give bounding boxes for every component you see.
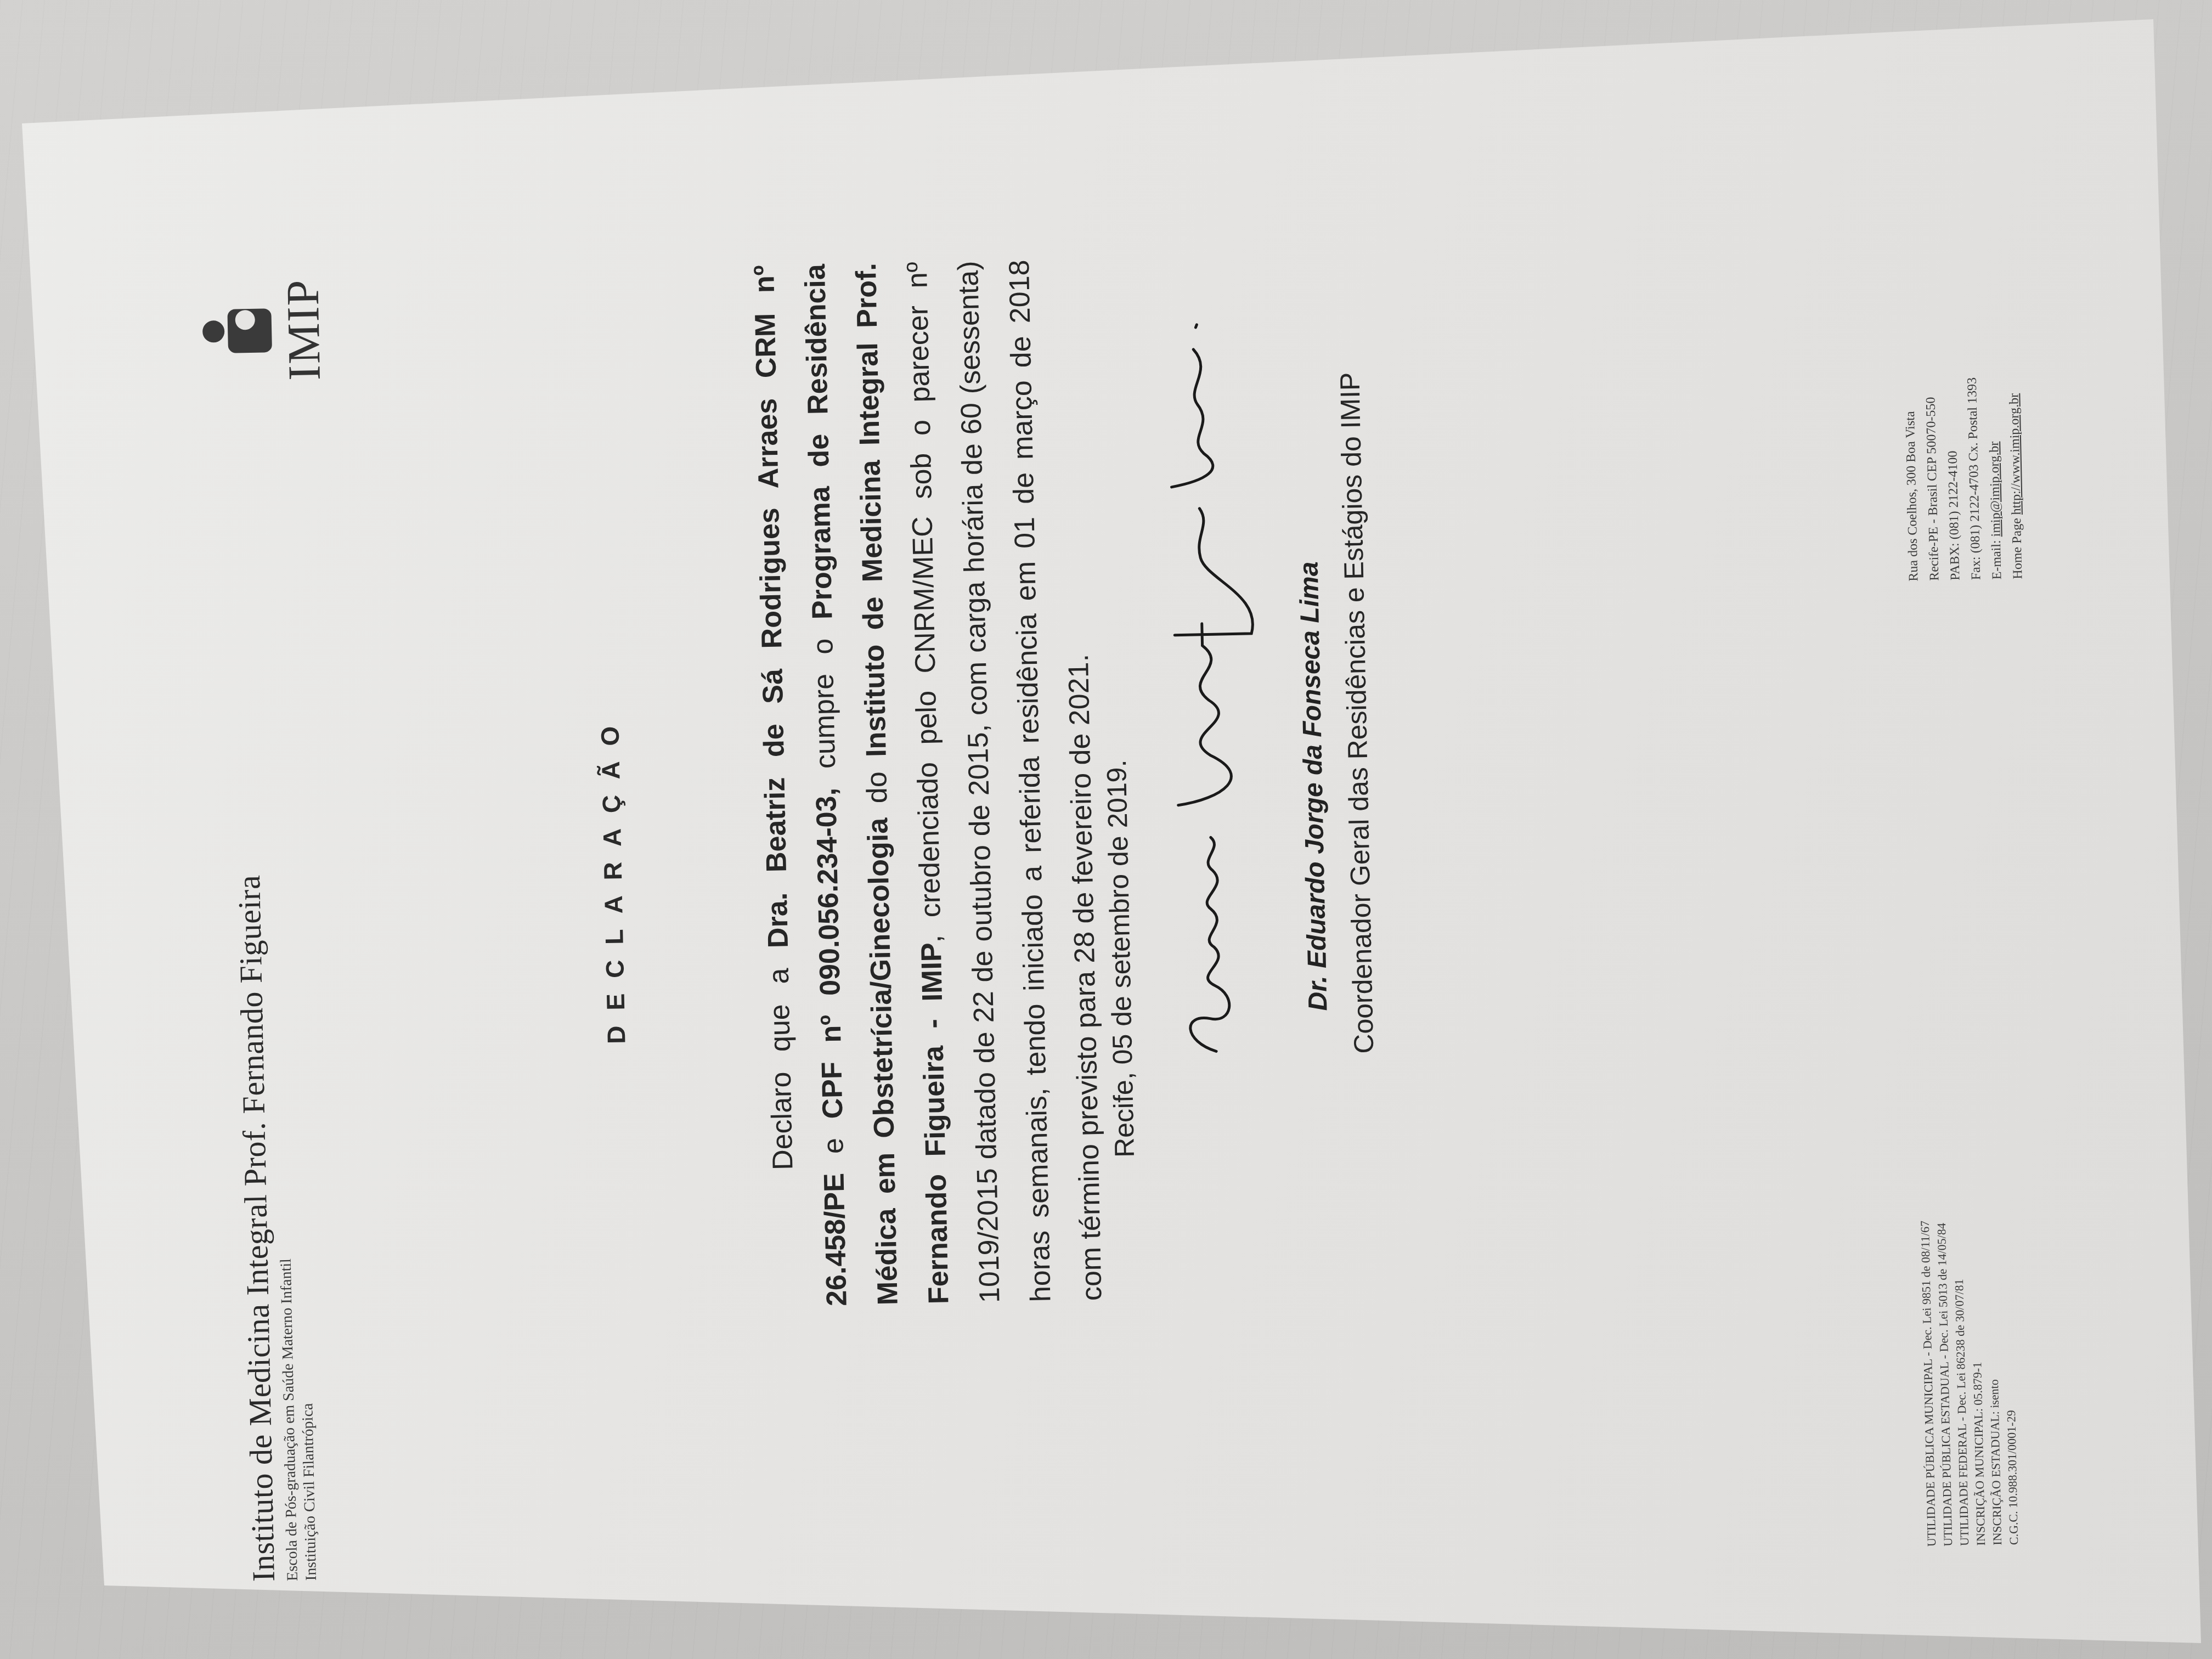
body-text-2: do <box>861 771 893 804</box>
body-conj: e <box>817 1138 850 1154</box>
document-title: DECLARAÇÃO <box>583 159 643 1596</box>
contact-info: Rua dos Coelhos, 300 Boa Vista Recife-PE… <box>1899 376 2029 582</box>
body-text-1: cumpre o <box>807 638 842 769</box>
letterhead-text: Instituto de Medicina Integral Prof. Fer… <box>230 874 320 1582</box>
homepage-label: Home Page <box>2010 518 2025 579</box>
contact-fax: Fax: (081) 2122-4703 Cx. Postal 1393 <box>1962 377 1987 580</box>
imip-logo: IMIP <box>201 274 346 386</box>
declaration-body: Declaro que a Dra. Beatriz de Sá Rodrigu… <box>739 258 1118 1308</box>
body-intro: Declaro que a <box>763 968 802 1307</box>
handwritten-signature <box>1135 293 1282 1064</box>
mother-child-icon <box>202 297 274 365</box>
contact-homepage-row: Home Page http://www.imip.org.br <box>2004 376 2029 579</box>
signer-role: Coordenador Geral das Residências e Está… <box>1334 372 1380 1054</box>
signer-name: Dr. Eduardo Jorge da Fonseca Lima <box>1294 561 1333 1011</box>
legal-registrations: UTILIDADE PÚBLICA MUNICIPAL - Dec. Lei 9… <box>1917 1218 2022 1547</box>
email-label: E-mail: <box>1989 540 2005 580</box>
logo-text: IMIP <box>276 274 331 385</box>
contact-city: Recife-PE - Brasil CEP 50070-550 <box>1920 378 1945 581</box>
email-link: imip@imip.org.br <box>1987 441 2004 537</box>
homepage-link: http://www.imip.org.br <box>2007 393 2024 515</box>
document-page: Instituto de Medicina Integral Prof. Fer… <box>166 128 2072 1605</box>
resident-cpf: CPF nº 090.056.234-03, <box>810 788 849 1119</box>
letterhead: Instituto de Medicina Integral Prof. Fer… <box>200 186 393 1583</box>
